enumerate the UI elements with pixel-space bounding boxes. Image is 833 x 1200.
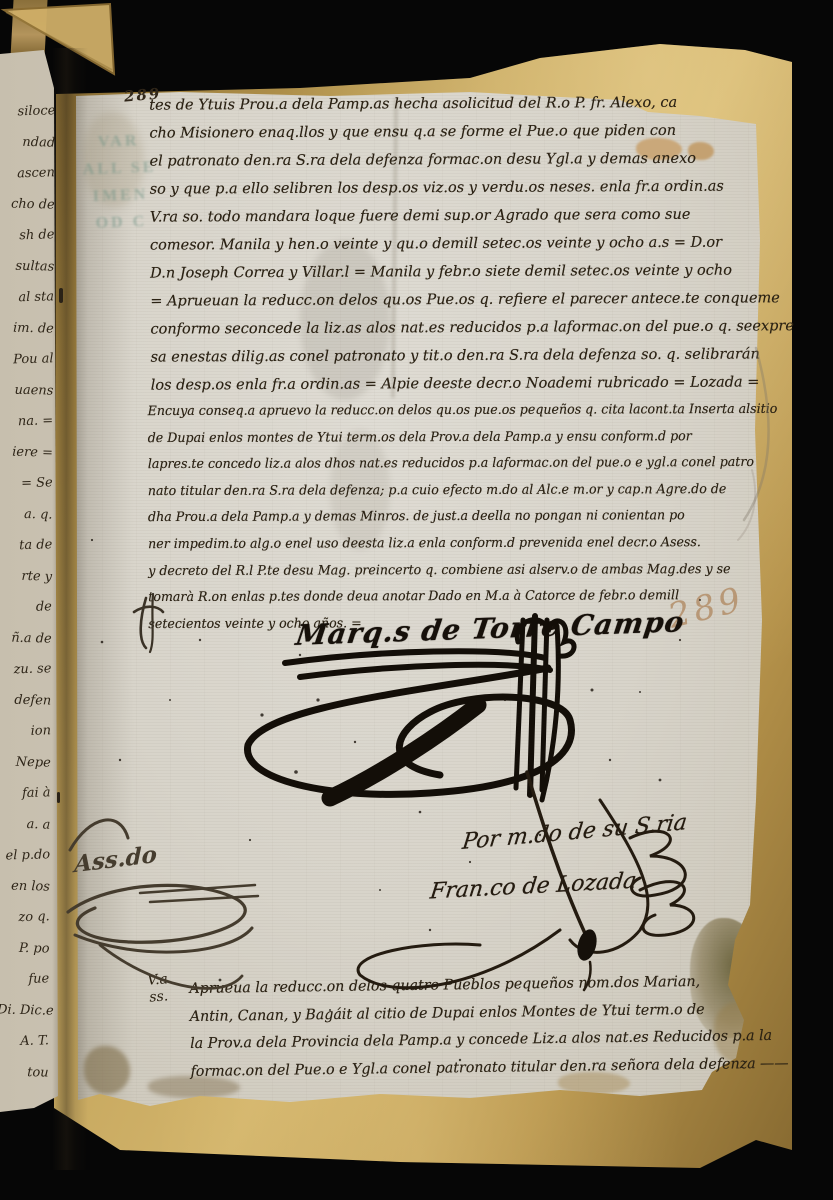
margin-fragment: Di. Dic.e	[0, 994, 49, 1026]
margin-fragment: cho de	[2, 188, 55, 220]
margin-fragment: = Se	[0, 467, 53, 499]
margin-fragment: ascen	[2, 157, 55, 189]
binding-stitch	[59, 288, 63, 303]
manuscript-line: los desp.os enla fr.a ordin.as = Alpie d…	[151, 368, 763, 399]
manuscript-line: el patronato den.ra S.ra dela defenza fo…	[149, 144, 761, 175]
margin-fragment: sh de	[2, 219, 55, 251]
margin-fragment: na. =	[1, 405, 54, 437]
manuscript-line: sa enestas dilig.as conel patronato y ti…	[151, 340, 763, 371]
manuscript-line: dha Prou.a dela Pamp.a y demas Minros. d…	[148, 503, 746, 532]
decreto-paragraph: Encuya conseq.a apruevo la reducc.on del…	[148, 397, 765, 638]
margin-fragment: ta de	[0, 529, 53, 561]
margin-fragment: Nepe	[0, 746, 51, 778]
margin-fragment: fai à	[0, 777, 51, 809]
margin-fragment: im. de	[1, 312, 54, 344]
margin-fragment: ion	[0, 715, 51, 747]
manuscript-line: lapres.te concedo liz.a alos dhos nat.es…	[148, 450, 746, 479]
gutter-page-shade	[74, 90, 134, 1105]
margin-fragment: defen	[0, 684, 52, 716]
manuscript-line: Encuya conseq.a apruevo la reducc.on del…	[148, 397, 746, 426]
manuscript-photo: silocendadascencho desh desultasal staim…	[0, 0, 833, 1200]
margin-fragment: al sta	[2, 281, 55, 313]
manuscript-line: conformo seconcede la liz.as alos nat.es…	[150, 312, 762, 343]
margin-fragment: Pou al	[1, 343, 54, 375]
margin-fragment: zu. se	[0, 653, 52, 685]
margin-fragment: tou	[0, 1056, 49, 1088]
manuscript-line: ner impedim.to alg.o enel uso deesta liz…	[148, 530, 746, 559]
manuscript-line: V.ra so. todo mandara loque fuere demi s…	[150, 200, 762, 231]
margin-fragment: A. T.	[0, 1025, 49, 1057]
margin-fragment: uaens	[1, 374, 54, 406]
manuscript-line: de Dupai enlos montes de Ytui term.os de…	[148, 424, 746, 453]
margin-fragment: ndad	[3, 126, 56, 158]
vellum-tab-top-left	[10, 0, 47, 58]
manuscript-line: = Aprueuan la reducc.on delos qu.os Pue.…	[150, 284, 762, 315]
bottom-note-lead: V.a ss.	[147, 971, 170, 1006]
previous-page-text-fragments: silocendadascencho desh desultasal staim…	[0, 96, 55, 1088]
manuscript-line: D.n Joseph Correa y Villar.l = Manila y …	[150, 256, 762, 287]
stain-bottom-left	[84, 1046, 130, 1094]
margin-fragment: P. po	[0, 932, 50, 964]
manuscript-line: y decreto del R.l P.te desu Mag. preince…	[148, 557, 746, 586]
margin-fragment: sultas	[2, 250, 55, 282]
margin-fragment: de	[0, 591, 52, 623]
margin-fragment: fue	[0, 963, 50, 995]
margin-fragment: a. a	[0, 808, 51, 840]
bottom-summary-note: Aprueua la reducc.on delos quatro Pueblo…	[189, 968, 765, 1086]
margin-fragment: ñ.a de	[0, 622, 52, 654]
margin-fragment: zo q.	[0, 901, 50, 933]
manuscript-line: comesor. Manila y hen.o veinte y qu.o de…	[150, 228, 762, 259]
binding-stitch	[57, 792, 60, 803]
margin-fragment: a. q.	[0, 498, 53, 530]
consulta-paragraph: tes de Ytuis Prou.a dela Pamp.as hecha a…	[149, 88, 763, 399]
manuscript-line: so y que p.a ello selibren los desp.os v…	[150, 172, 762, 203]
margin-fragment: el p.do	[0, 839, 51, 871]
manuscript-line: nato titular den.ra S.ra dela defenza; p…	[148, 477, 746, 506]
manuscript-line: cho Misionero enaq.llos y que ensu q.a s…	[149, 116, 761, 147]
margin-fragment: rte y	[0, 560, 52, 592]
margin-fragment: en los	[0, 870, 50, 902]
margin-fragment: iere =	[1, 436, 54, 468]
margin-fragment: siloce	[3, 95, 56, 127]
bottom-note-lead-top: V.a	[147, 971, 169, 989]
bottom-note-lead-bottom: ss.	[148, 988, 170, 1006]
manuscript-line: tes de Ytuis Prou.a dela Pamp.as hecha a…	[149, 88, 761, 119]
